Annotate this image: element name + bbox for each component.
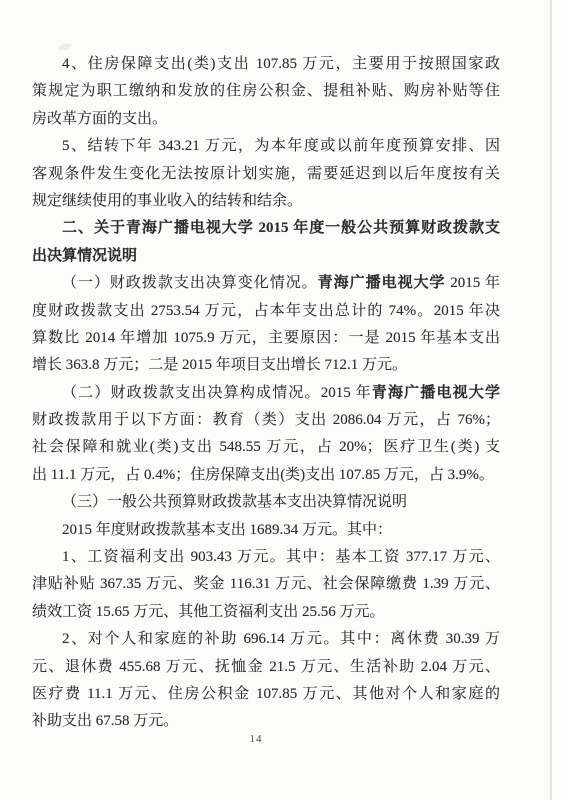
text-line: （三）一般公共预算财政拨款基本支出决算情况说明 (32, 489, 500, 516)
text-run: 2、对个人和家庭的补助 696.14 万元。其中：离休费 30.39 万 (62, 631, 500, 647)
scanned-document-page: 4、住房保障支出(类)支出 107.85 万元，主要用于按照国家政 策规定为职工… (0, 0, 566, 800)
text-line: 元、退休费 455.68 万元、抚恤金 21.5 万元、生活补助 2.04 万元… (32, 654, 500, 681)
text-run: 津贴补贴 367.35 万元、奖金 116.31 万元、社会保障缴费 1.39 … (32, 576, 500, 592)
text-run: （一）财政拨款支出决算变化情况。 (62, 275, 318, 291)
text-run: 元、退休费 455.68 万元、抚恤金 21.5 万元、生活补助 2.04 万元… (32, 659, 500, 675)
text-run: 补助支出 67.58 万元。 (32, 713, 178, 729)
scan-edge-line (550, 0, 552, 800)
text-line: 度财政拨款支出 2753.54 万元，占本年支出总计的 74%。2015 年决 (32, 298, 500, 325)
text-line: 房改革方面的支出。 (32, 106, 500, 133)
text-line: 4、住房保障支出(类)支出 107.85 万元，主要用于按照国家政 (32, 51, 500, 78)
text-run: 策规定为职工缴纳和发放的住房公积金、提租补贴、购房补贴等住 (32, 83, 500, 99)
text-line: 补助支出 67.58 万元。 (32, 708, 500, 735)
text-line: 社会保障和就业(类)支出 548.55 万元，占 20%；医疗卫生(类) 支 (32, 434, 500, 461)
text-run: 2015 年度财政拨款基本支出 1689.34 万元。其中： (62, 522, 392, 538)
text-run: 绩效工资 15.65 万元、其他工资福利支出 25.56 万元。 (32, 604, 385, 620)
text-line: 2、对个人和家庭的补助 696.14 万元。其中：离休费 30.39 万 (32, 626, 500, 653)
text-run-bold: 青海广播电视大学 (318, 275, 446, 291)
text-line: 客观条件发生变化无法按原计划实施，需要延迟到以后年度按有关 (32, 161, 500, 188)
text-run: 2015 年 (446, 275, 500, 291)
text-line: （二）财政拨款支出决算构成情况。2015 年青海广播电视大学 (32, 380, 500, 407)
text-run: 算数比 2014 年增加 1075.9 万元，主要原因：一是 2015 年基本支… (32, 330, 500, 346)
section-heading-line: 二、关于青海广播电视大学 2015 年度一般公共预算财政拨款支 (32, 215, 500, 242)
text-run: 医疗费 11.1 万元、住房公积金 107.85 万元、其他对个人和家庭的 (32, 686, 500, 702)
text-run-bold: 青海广播电视大学 (372, 385, 500, 401)
text-line: 2015 年度财政拨款基本支出 1689.34 万元。其中： (32, 517, 500, 544)
text-line: 5、结转下年 343.21 万元，为本年度或以前年度预算安排、因 (32, 133, 500, 160)
text-run: 社会保障和就业(类)支出 548.55 万元，占 20%；医疗卫生(类) 支 (32, 439, 500, 455)
text-line: 绩效工资 15.65 万元、其他工资福利支出 25.56 万元。 (32, 599, 500, 626)
text-line: 医疗费 11.1 万元、住房公积金 107.85 万元、其他对个人和家庭的 (32, 681, 500, 708)
text-line: 1、工资福利支出 903.43 万元。其中：基本工资 377.17 万元、 (32, 544, 500, 571)
text-run: 出 11.1 万元，占 0.4%；住房保障支出(类)支出 107.85 万元，占… (32, 467, 494, 483)
text-run: 客观条件发生变化无法按原计划实施，需要延迟到以后年度按有关 (32, 166, 500, 182)
text-line: 算数比 2014 年增加 1075.9 万元，主要原因：一是 2015 年基本支… (32, 325, 500, 352)
text-run: 规定继续使用的事业收入的结转和结余。 (32, 193, 302, 209)
text-line: 增长 363.8 万元；二是 2015 年项目支出增长 712.1 万元。 (32, 352, 500, 379)
section-heading-line: 出决算情况说明 (32, 243, 500, 270)
text-run: 二、关于青海广播电视大学 2015 年度一般公共预算财政拨款支 (62, 220, 500, 236)
text-run: 1、工资福利支出 903.43 万元。其中：基本工资 377.17 万元、 (62, 549, 500, 565)
text-run: 5、结转下年 343.21 万元，为本年度或以前年度预算安排、因 (62, 138, 500, 154)
text-run: 出决算情况说明 (32, 248, 137, 264)
text-line: 规定继续使用的事业收入的结转和结余。 (32, 188, 500, 215)
text-run: 增长 363.8 万元；二是 2015 年项目支出增长 712.1 万元。 (32, 357, 407, 373)
text-line: 财政拨款用于以下方面：教育（类）支出 2086.04 万元，占 76%； (32, 407, 500, 434)
text-run: 财政拨款用于以下方面：教育（类）支出 2086.04 万元，占 76%； (32, 412, 500, 428)
text-line: 策规定为职工缴纳和发放的住房公积金、提租补贴、购房补贴等住 (32, 78, 500, 105)
page-number: 14 (0, 733, 512, 745)
text-line: （一）财政拨款支出决算变化情况。青海广播电视大学 2015 年 (32, 270, 500, 297)
document-body: 4、住房保障支出(类)支出 107.85 万元，主要用于按照国家政 策规定为职工… (32, 51, 500, 736)
text-run: （二）财政拨款支出决算构成情况。2015 年 (62, 385, 372, 401)
text-run: 度财政拨款支出 2753.54 万元，占本年支出总计的 74%。2015 年决 (32, 303, 500, 319)
text-run: 房改革方面的支出。 (32, 111, 167, 127)
text-line: 出 11.1 万元，占 0.4%；住房保障支出(类)支出 107.85 万元，占… (32, 462, 500, 489)
text-run: （三）一般公共预算财政拨款基本支出决算情况说明 (62, 494, 407, 510)
text-line: 津贴补贴 367.35 万元、奖金 116.31 万元、社会保障缴费 1.39 … (32, 571, 500, 598)
text-run: 4、住房保障支出(类)支出 107.85 万元，主要用于按照国家政 (62, 56, 500, 72)
